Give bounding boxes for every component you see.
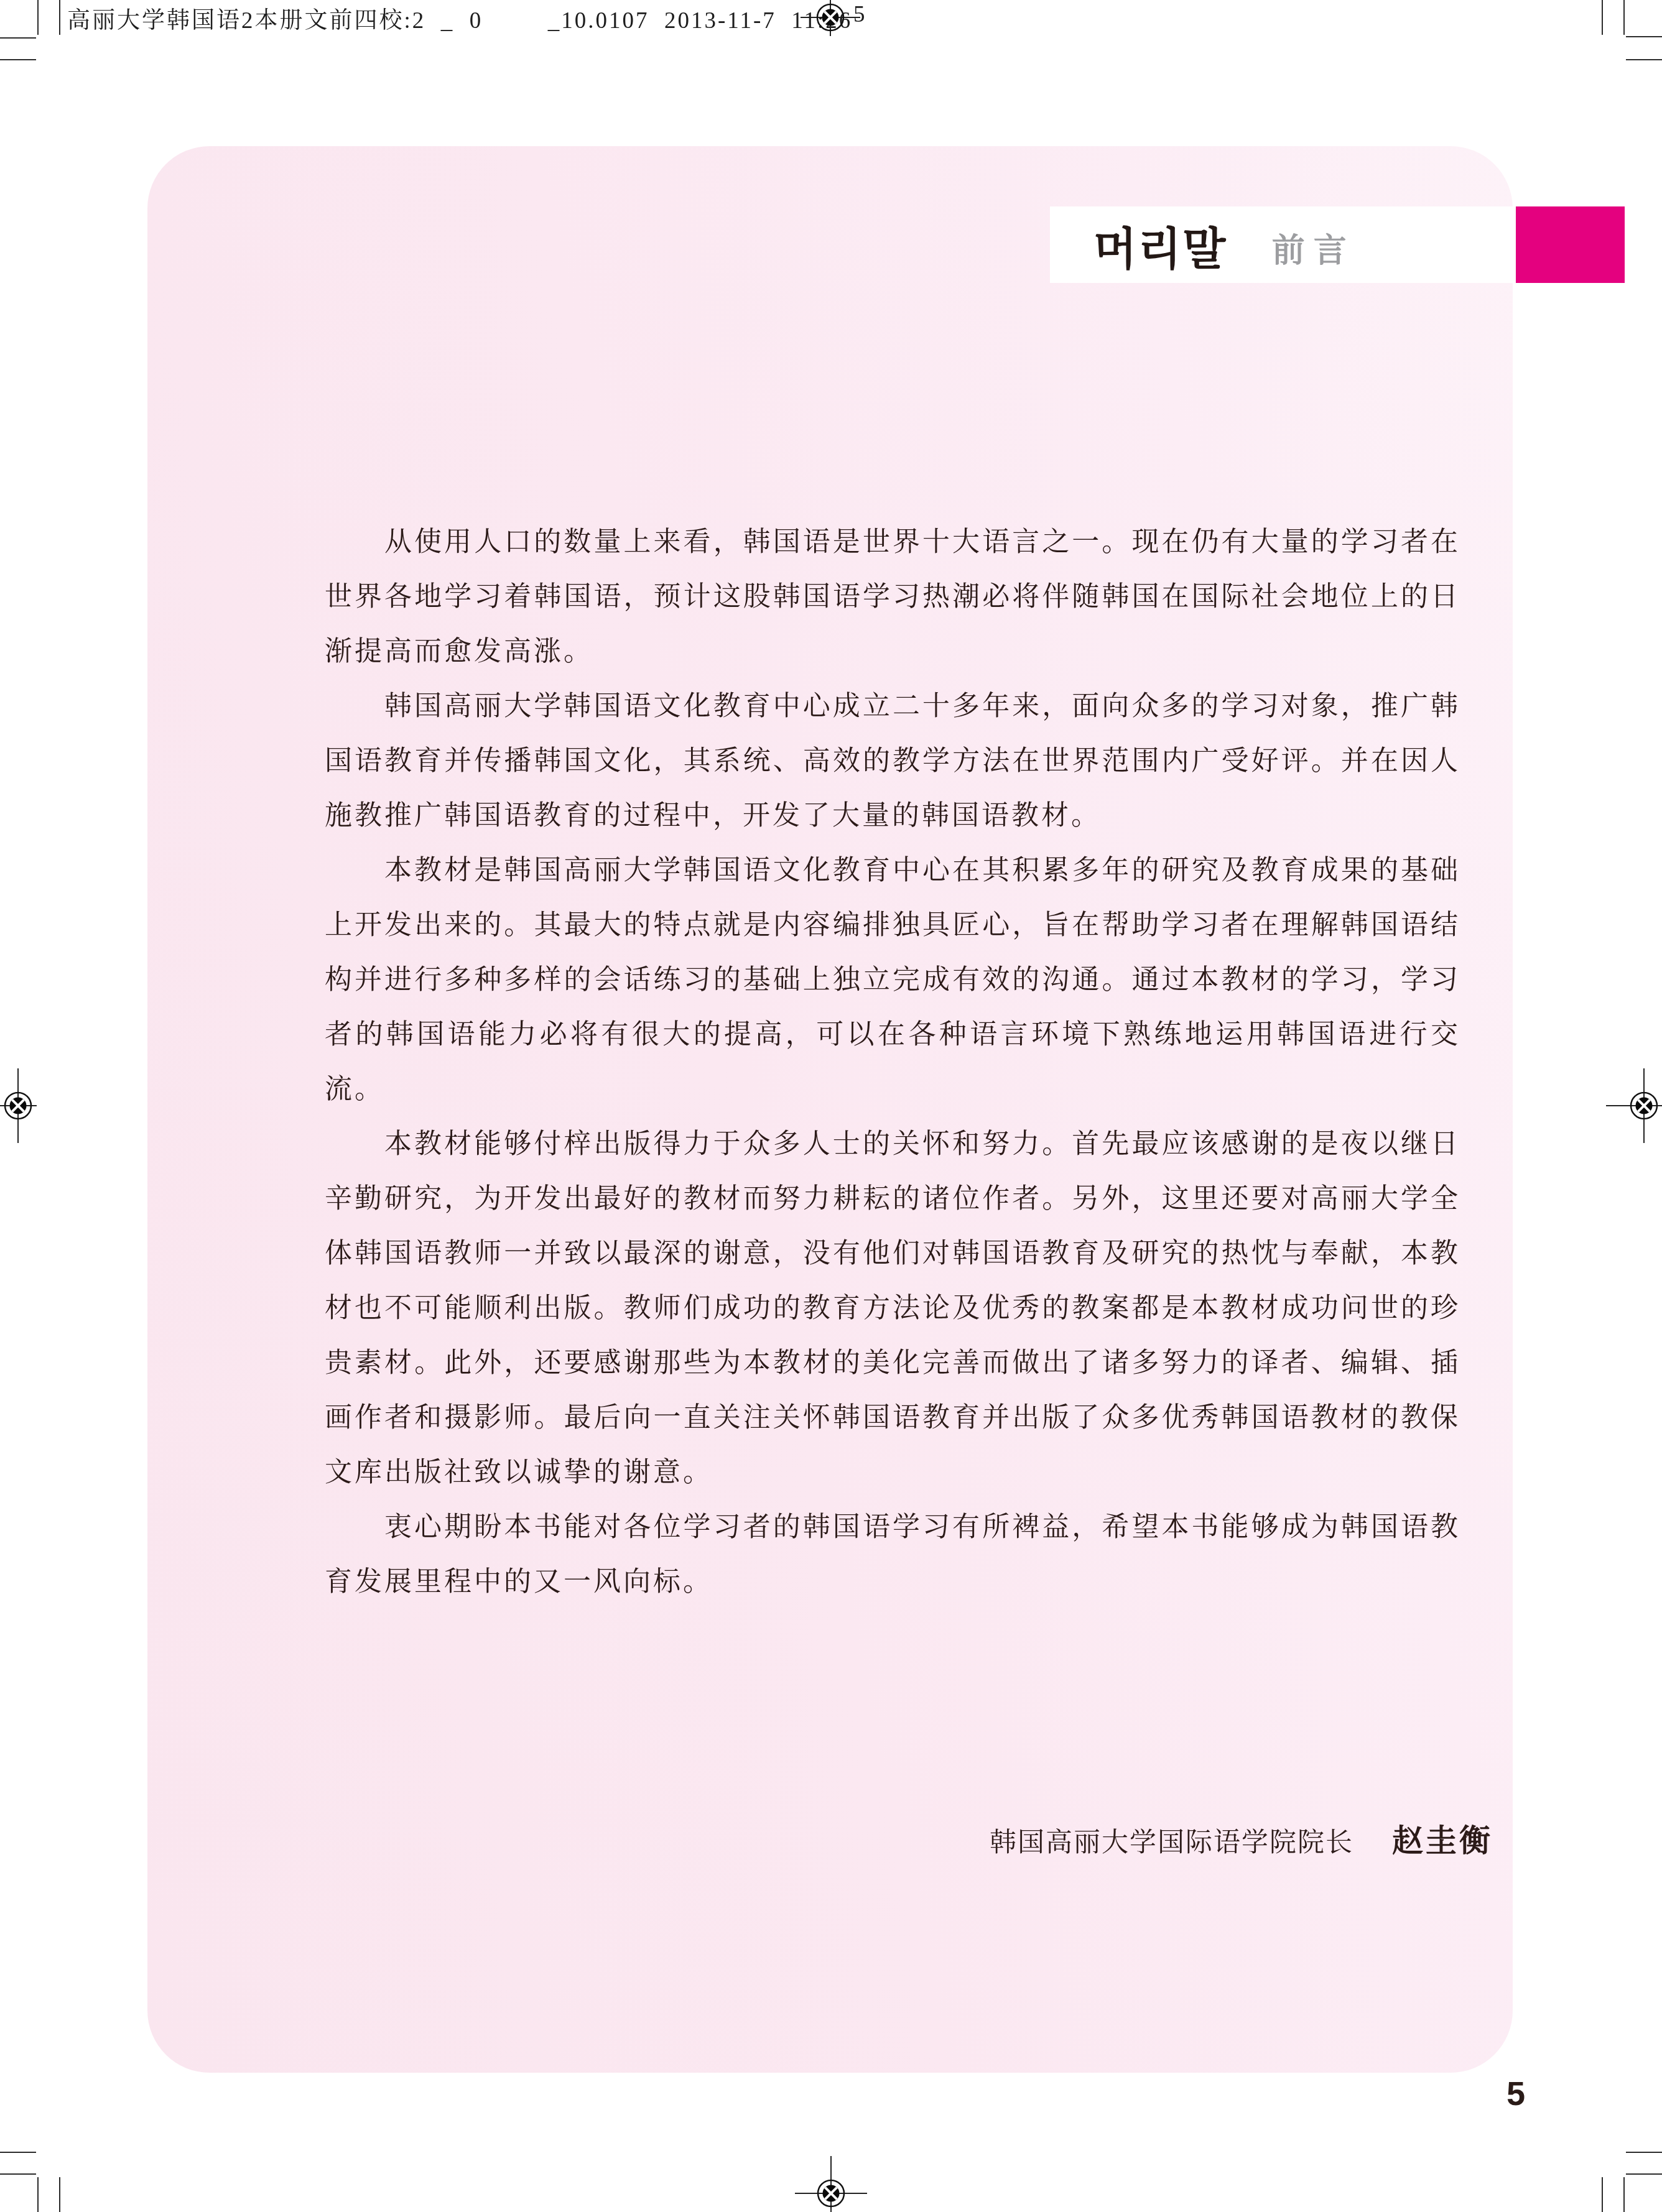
body-paragraph: 衷心期盼本书能对各位学习者的韩国语学习有所裨益，希望本书能够成为韩国语教育发展里… — [325, 1500, 1460, 1609]
chapter-title-bar: 머리말 前言 — [1050, 206, 1516, 283]
body-paragraph: 从使用人口的数量上来看，韩国语是世界十大语言之一。现在仍有大量的学习者在世界各地… — [325, 515, 1460, 679]
trim-mark — [1623, 2177, 1625, 2212]
trim-mark — [1626, 2173, 1662, 2175]
book-page: 高丽大学韩国语2本册文前四校:2 _ 0 _10.0107 2013-11-7 … — [0, 0, 1662, 2212]
body-paragraph: 本教材是韩国高丽大学韩国语文化教育中心在其积累多年的研究及教育成果的基础上开发出… — [325, 843, 1460, 1117]
trim-mark — [1626, 59, 1662, 60]
signature-name: 赵圭衡 — [1392, 1816, 1493, 1861]
signature-line: 韩国高丽大学国际语学院院长 赵圭衡 — [990, 1816, 1493, 1861]
trim-mark — [1626, 2152, 1662, 2153]
preface-body: 从使用人口的数量上来看，韩国语是世界十大语言之一。现在仍有大量的学习者在世界各地… — [325, 515, 1460, 1609]
print-slug-text: 高丽大学韩国语2本册文前四校:2 _ 0 _10.0107 2013-11-7 … — [67, 1, 852, 35]
trim-mark — [0, 2173, 36, 2175]
registration-mark-icon — [0, 1068, 56, 1143]
body-paragraph: 韩国高丽大学韩国语文化教育中心成立二十多年来，面向众多的学习对象，推广韩国语教育… — [325, 679, 1460, 843]
title-korean: 머리말 — [1093, 213, 1227, 277]
trim-mark — [1602, 2177, 1603, 2212]
trim-mark — [37, 0, 39, 35]
body-paragraph: 本教材能够付梓出版得力于众多人士的关怀和努力。首先最应该感谢的是夜以继日辛勤研究… — [325, 1117, 1460, 1500]
trim-mark — [0, 59, 36, 60]
title-chinese: 前言 — [1272, 224, 1355, 272]
page-number: 5 — [1506, 2075, 1525, 2113]
registration-mark-icon — [795, 2156, 867, 2212]
trim-mark — [1626, 36, 1662, 37]
trim-mark — [1602, 0, 1603, 35]
accent-color-block — [1516, 206, 1625, 283]
registration-mark-icon — [801, 0, 860, 37]
trim-mark — [59, 0, 60, 35]
trim-mark — [37, 2177, 39, 2212]
trim-mark — [0, 37, 36, 39]
trim-mark — [59, 2177, 60, 2212]
trim-mark — [1623, 0, 1625, 35]
registration-mark-icon — [1606, 1068, 1662, 1143]
trim-mark — [0, 2152, 36, 2153]
signature-role: 韩国高丽大学国际语学院院长 — [990, 1821, 1353, 1859]
